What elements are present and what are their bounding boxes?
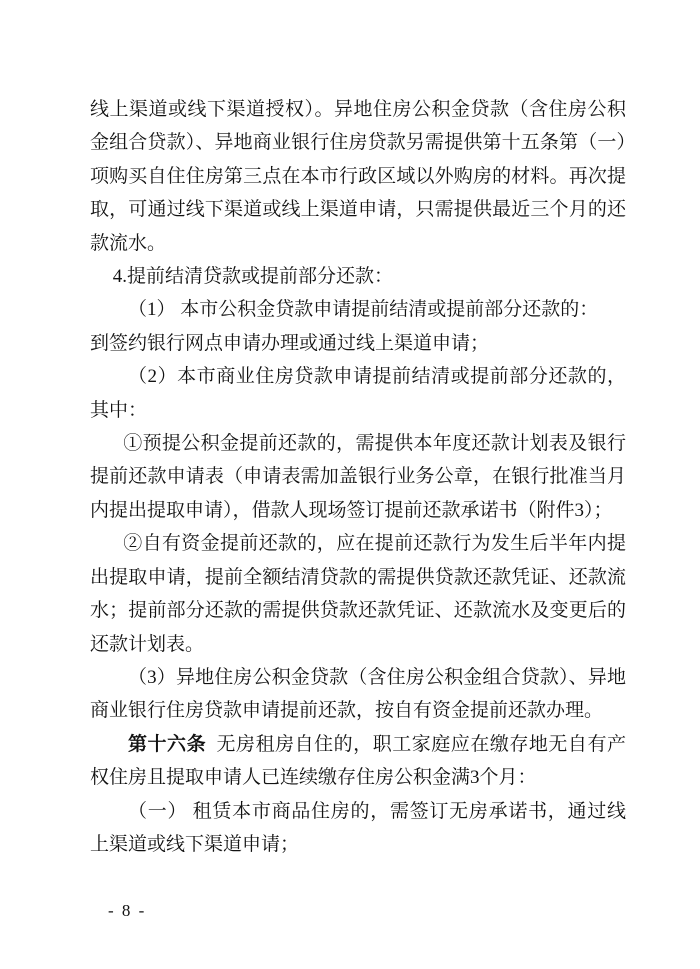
paragraph-article-16: 第十六条无房租房自住的，职工家庭应在缴存地无自有产权住房且提取申请人已连续缴存住… [90, 728, 626, 795]
paragraph-continuation: 线上渠道或线下渠道授权）。异地住房公积金贷款（含住房公积金组合贷款）、异地商业银… [90, 93, 626, 260]
paragraph-sub-item-2: （2）本市商业住房贷款申请提前结清或提前部分还款的，其中： [90, 360, 626, 427]
document-page: 线上渠道或线下渠道授权）。异地住房公积金贷款（含住房公积金组合贷款）、异地商业银… [0, 0, 700, 969]
document-body: 线上渠道或线下渠道授权）。异地住房公积金贷款（含住房公积金组合贷款）、异地商业银… [90, 93, 626, 861]
paragraph-sub-item-1: （1） 本市公积金贷款申请提前结清或提前部分还款的： 到签约银行网点申请办理或通… [90, 293, 626, 360]
paragraph-circled-item-2: ②自有资金提前还款的，应在提前还款行为发生后半年内提出提取申请，提前全额结清贷款… [90, 527, 626, 661]
paragraph-list-item-4: 4.提前结清贷款或提前部分还款： [90, 260, 626, 293]
paragraph-sub-item-3: （3）异地住房公积金贷款（含住房公积金组合贷款）、异地商业银行住房贷款申请提前还… [90, 661, 626, 728]
paragraph-sub-item-yi: （一） 租赁本市商品住房的，需签订无房承诺书，通过线上渠道或线下渠道申请； [90, 795, 626, 862]
paragraph-circled-item-1: ①预提公积金提前还款的，需提供本年度还款计划表及银行提前还款申请表（申请表需加盖… [90, 427, 626, 527]
article-16-number: 第十六条 [128, 734, 206, 755]
page-number: - 8 - [108, 901, 146, 921]
